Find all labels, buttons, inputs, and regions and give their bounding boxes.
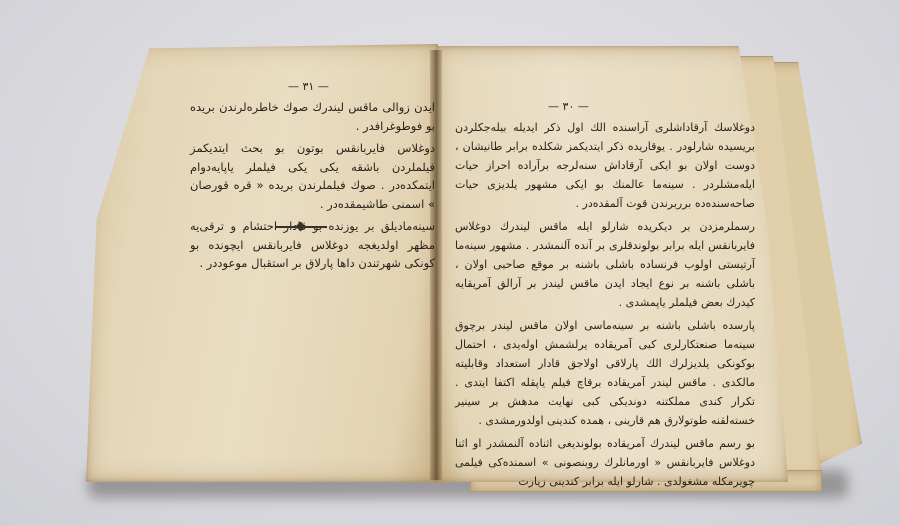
right-page-number: — ٣٠ — xyxy=(548,100,589,113)
left-page-text: ایدن زوالی ماقس لیندرك صوك خاطرەلرندن بر… xyxy=(190,98,435,277)
paragraph: ایدن زوالی ماقس لیندرك صوك خاطرەلرندن بر… xyxy=(190,98,435,135)
paragraph: دوغلاس فایربانقس بوتون بو بحث ایتدیكمز ف… xyxy=(190,139,435,213)
left-page-number: — ٣١ — xyxy=(288,80,329,93)
open-book-photo: — ٣١ — ایدن زوالی ماقس لیندرك صوك خاطرەل… xyxy=(0,0,900,526)
ornament-divider xyxy=(275,226,327,228)
paragraph: بو رسم ماقس لیندرك آمریقادە بولوندیغی اث… xyxy=(455,434,755,491)
paragraph: دوغلاسك آرقاداشلری آراسندە الك اول ذكر ا… xyxy=(455,118,755,213)
paragraph: رسملرمزدن بر دیكریدە شارلو ایلە ماقس لین… xyxy=(455,217,755,312)
right-page-text: دوغلاسك آرقاداشلری آراسندە الك اول ذكر ا… xyxy=(455,118,755,495)
paragraph: پارسدە باشلی باشنە بر سینەماسی اولان ماق… xyxy=(455,316,755,430)
